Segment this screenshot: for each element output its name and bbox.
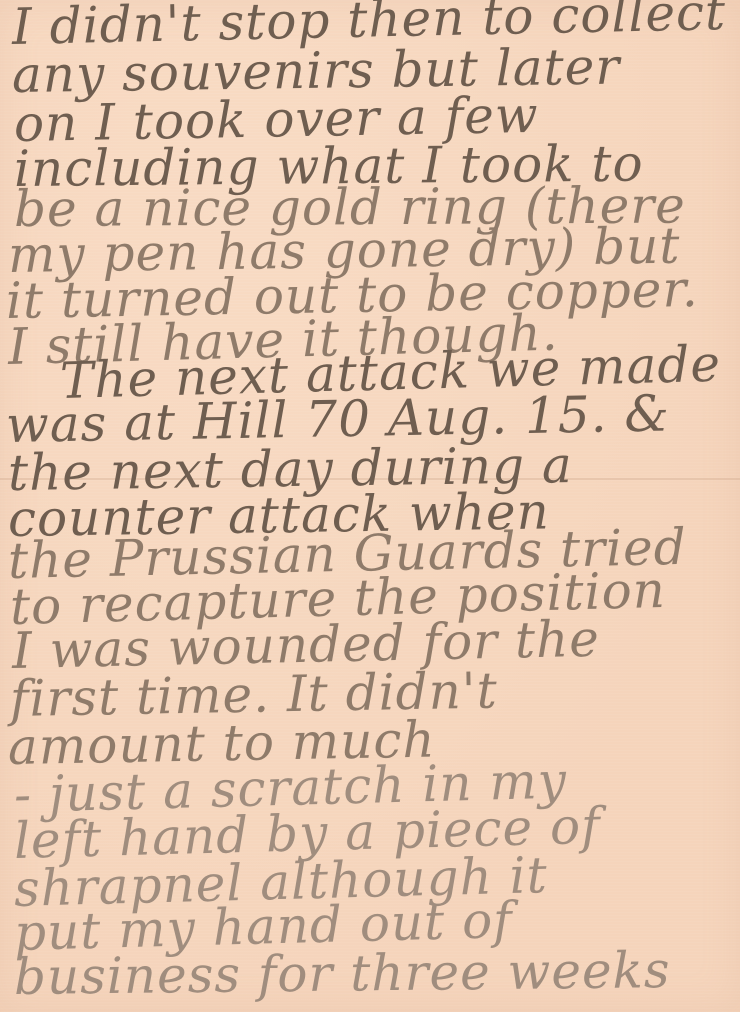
handwritten-line: business for three weeks <box>14 941 671 1006</box>
letter-page: I didn't stop then to collect any souven… <box>0 0 740 1012</box>
